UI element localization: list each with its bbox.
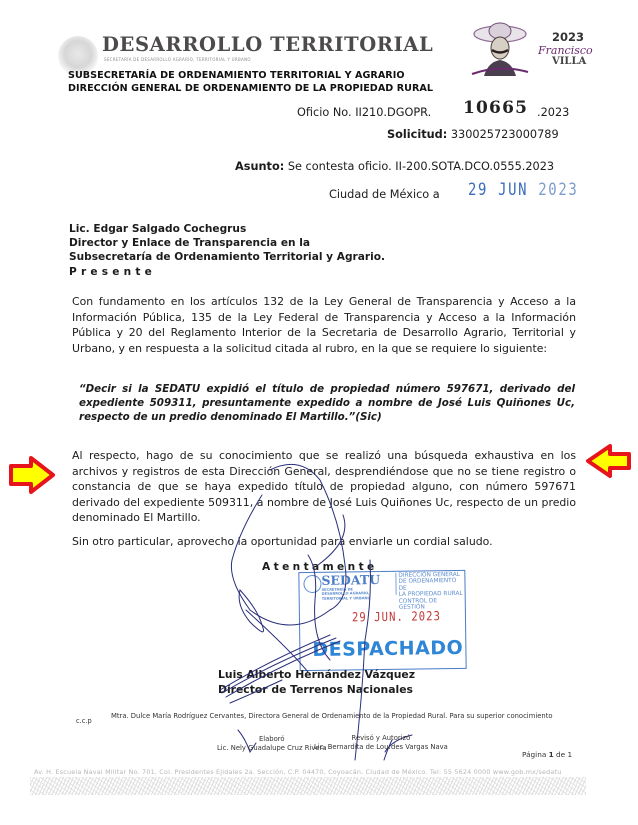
reviewed-by-name: Lic. Bernardita de Lourdes Vargas Nava — [314, 743, 448, 752]
sedatu-emblem-icon — [303, 575, 321, 593]
subsecretaria-line: SUBSECRETARÍA DE ORDENAMIENTO TERRITORIA… — [68, 70, 433, 83]
date-stamp-daymonth: 29 JUN — [468, 180, 528, 200]
elaborated-by-label: Elaboró — [217, 735, 327, 744]
asunto-label: Asunto: — [235, 160, 284, 173]
ccp-label: c.c.p — [76, 717, 92, 725]
stamp-date: 29 JUN. 2023 — [352, 608, 441, 624]
addressee-block: Lic. Edgar Salgado Cochegrus Director y … — [69, 222, 385, 279]
oficio-prefix: Oficio No. II210.DGOPR. — [297, 106, 431, 119]
issuing-office: SUBSECRETARÍA DE ORDENAMIENTO TERRITORIA… — [68, 70, 433, 95]
despachado-stamp: SEDATU SECRETARÍA DE DESARROLLO AGRARIO,… — [298, 570, 466, 671]
signer-block: Luis Alberto Hernández Vázquez Director … — [218, 667, 415, 697]
oficio-suffix: .2023 — [537, 106, 569, 119]
elaborated-by-name: Lic. Nely Guadalupe Cruz Rivera — [217, 744, 327, 753]
reviewed-by-label: Revisó y Autorizó — [314, 734, 448, 743]
page-of: de — [556, 750, 565, 759]
brand-subtitle: SECRETARÍA DE DESARROLLO AGRARIO, TERRIT… — [104, 57, 251, 62]
francisco-villa-portrait-icon — [470, 20, 530, 78]
stamp-office-2: DE ORDENAMIENTO DE — [398, 578, 464, 592]
paragraph-closing: Sin otro particular, aprovecho la oportu… — [72, 534, 576, 550]
page-total: 1 — [568, 750, 573, 759]
paragraph-response: Al respecto, hago de su conocimiento que… — [72, 448, 576, 526]
addressee-title-1: Director y Enlace de Transparencia en la — [69, 236, 385, 250]
stamp-brand-sub: SECRETARÍA DE DESARROLLO AGRARIO, TERRIT… — [322, 587, 371, 601]
footer-decorative-pattern — [30, 777, 586, 795]
brand-title: DESARROLLO TERRITORIAL — [102, 33, 433, 56]
oficio-number: 10665 — [463, 98, 528, 118]
francisco-villa-logo: 2023 Francisco VILLA — [470, 14, 602, 80]
page-number: Página 1 de 1 — [522, 750, 572, 759]
solicitud-label: Solicitud: — [387, 128, 447, 141]
stamp-brand-sub-3: TERRITORIAL Y URBANO — [322, 596, 371, 601]
arrow-right-icon — [8, 455, 56, 495]
date-stamp: 29 JUN 2023 — [468, 180, 578, 200]
addressee-title-2: Subsecretaría de Ordenamiento Territoria… — [69, 250, 385, 264]
page-current: 1 — [549, 750, 554, 759]
stamp-divider — [395, 573, 396, 595]
reviewed-by: Revisó y Autorizó Lic. Bernardita de Lou… — [314, 734, 448, 753]
villa-name-line2: VILLA — [552, 56, 586, 67]
addressee-name: Lic. Edgar Salgado Cochegrus — [69, 222, 385, 236]
asunto-value: Se contesta oficio. II-200.SOTA.DCO.0555… — [288, 160, 554, 173]
paragraph-legal-basis: Con fundamento en los artículos 132 de l… — [72, 294, 576, 356]
stamp-status: DESPACHADO — [312, 637, 463, 661]
solicitud: Solicitud: 330025723000789 — [387, 128, 559, 141]
page-label: Página — [522, 750, 546, 759]
date-stamp-year: 2023 — [538, 180, 578, 200]
direccion-line: DIRECCIÓN GENERAL DE ORDENAMIENTO DE LA … — [68, 83, 433, 96]
asunto: Asunto: Se contesta oficio. II-200.SOTA.… — [235, 160, 554, 173]
request-quote: “Decir si la SEDATU expidió el título de… — [79, 383, 575, 424]
elaborated-by: Elaboró Lic. Nely Guadalupe Cruz Rivera — [217, 735, 327, 754]
signer-name: Luis Alberto Hernández Vázquez — [218, 667, 415, 682]
stamp-brand: SEDATU — [321, 572, 380, 588]
ccp-text: Mtra. Dulce María Rodríguez Cervantes, D… — [111, 712, 581, 721]
arrow-left-icon — [584, 441, 632, 481]
place-line: Ciudad de México a — [329, 188, 440, 201]
stamp-office: DIRECCIÓN GENERAL DE ORDENAMIENTO DE LA … — [398, 572, 465, 611]
solicitud-value: 330025723000789 — [451, 128, 559, 141]
footer-address: Av. H. Escuela Naval Militar No. 701, Co… — [34, 768, 561, 776]
greeting: Presente — [69, 265, 385, 279]
villa-year: 2023 — [552, 30, 584, 44]
signer-title: Director de Terrenos Nacionales — [218, 682, 415, 697]
